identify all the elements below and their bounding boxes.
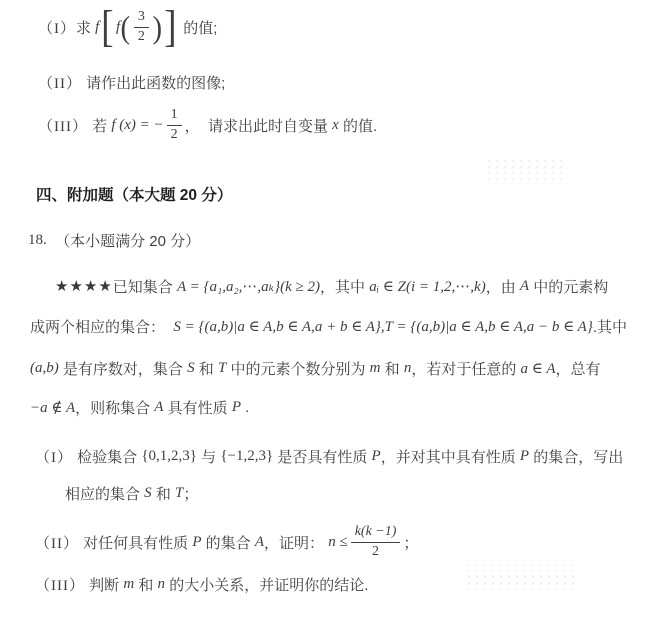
fraction-three-halves: 32 bbox=[134, 9, 149, 44]
q18-item2-var-A: A bbox=[255, 534, 264, 551]
para-l4-neg-a-notin-A: −a ∉ A bbox=[30, 398, 75, 417]
fraction-denominator: 2 bbox=[138, 28, 145, 45]
para-l3-pair-ab: (a,b) bbox=[30, 360, 59, 377]
para-l4-t1: ，则称集合 bbox=[75, 397, 154, 418]
para-l4-t2: 具有性质 bbox=[163, 397, 231, 418]
q18-number-line: 18. （本小题满分 20 分） bbox=[28, 228, 200, 252]
para-l1-t1: 已知集合 bbox=[113, 276, 177, 297]
q18-item3-var-m: m bbox=[123, 576, 134, 593]
para-l4-t3: . bbox=[241, 399, 249, 416]
q18-item2-label: （II） bbox=[35, 532, 79, 553]
q17-item3-pre: 若 bbox=[88, 115, 111, 136]
q18-item2-var-P: P bbox=[192, 534, 201, 551]
q18-item1-t4: ，并对其中具有性质 bbox=[381, 446, 520, 467]
q18-item1-line1: （I） 检验集合 {0,1,2,3} 与 {−1,2,3} 是否具有性质 P，并… bbox=[35, 441, 623, 471]
q18-item1-t2: 与 bbox=[197, 446, 220, 467]
left-paren: ( bbox=[121, 11, 131, 43]
q18-item1-t3: 是否具有性质 bbox=[273, 446, 371, 467]
q17-item2-text: 请作出此函数的图像; bbox=[82, 72, 225, 93]
q18-item1-set2: {−1,2,3} bbox=[220, 448, 273, 465]
four-stars-icon: ★★★★ bbox=[55, 277, 113, 295]
exam-document-page: （I）求 f[f(32)] 的值; （II） 请作出此函数的图像; （III） … bbox=[0, 0, 647, 640]
q18-item2-t1: 对任何具有性质 bbox=[79, 532, 192, 553]
right-square-bracket: ] bbox=[165, 5, 177, 49]
q18-item1-t5: 的集合，写出 bbox=[529, 446, 623, 467]
q17-item1-line: （I）求 f[f(32)] 的值; bbox=[38, 4, 217, 50]
q17-item3-mid: ， 请求出此时自变量 bbox=[185, 115, 333, 136]
para-l4-var-P: P bbox=[232, 399, 241, 416]
q18-item2-t4: ； bbox=[403, 532, 418, 553]
para-l1-t3: ，由 bbox=[486, 276, 520, 297]
para-l1-var-A: A bbox=[520, 278, 529, 295]
scan-artifact-smudge bbox=[485, 158, 565, 180]
para-l3-var-T: T bbox=[218, 360, 226, 377]
fraction-numerator: 3 bbox=[134, 9, 149, 27]
fraction-k-k-minus-1-over-2: k(k −1)2 bbox=[351, 524, 401, 559]
q18-item3-t1: 判断 bbox=[85, 574, 123, 595]
q18-para-line3: (a,b) 是有序数对，集合 S 和 T 中的元素个数分别为 m 和 n，若对于… bbox=[30, 352, 601, 384]
q18-item3-t3: 的大小关系，并证明你的结论. bbox=[165, 574, 368, 595]
para-l1-set-A-def: A = {a₁,a₂,⋯,aₖ}(k ≥ 2) bbox=[177, 277, 320, 296]
q18-item1-set1: {0,1,2,3} bbox=[141, 448, 197, 465]
para-l2-sets-S-T-def: S = {(a,b)|a ∈ A,b ∈ A,a + b ∈ A},T = {(… bbox=[173, 317, 593, 336]
q18-item2-n-leq: n ≤ bbox=[328, 534, 347, 551]
q17-item1-f-outer: f bbox=[95, 19, 99, 36]
q18-para-line1: ★★★★已知集合 A = {a₁,a₂,⋯,aₖ}(k ≥ 2)，其中 aᵢ ∈… bbox=[55, 271, 608, 301]
para-l2-t1: 成两个相应的集合： bbox=[30, 316, 173, 337]
q17-item1-pre: 求 bbox=[76, 17, 95, 38]
para-l3-t3: 中的元素个数分别为 bbox=[226, 358, 369, 379]
para-l4-var-A: A bbox=[154, 399, 163, 416]
para-l3-a-in-A: a ∈ A bbox=[520, 359, 555, 378]
q17-item3-equation: f (x) = − bbox=[111, 117, 163, 134]
q18-item1-label: （I） bbox=[35, 446, 73, 467]
para-l1-t4: 中的元素构 bbox=[529, 276, 608, 297]
q17-item3-line: （III） 若 f (x) = −12， 请求出此时自变量 x 的值. bbox=[38, 103, 377, 147]
q18-item1-line2-t2: 和 bbox=[152, 483, 175, 504]
para-l3-var-n: n bbox=[404, 360, 412, 377]
q17-item1-f-inner: f bbox=[116, 19, 120, 36]
q17-item1-label: （I） bbox=[38, 17, 76, 38]
para-l3-t4: 和 bbox=[380, 358, 403, 379]
q17-item1-post: 的值; bbox=[179, 17, 217, 38]
para-l2-t2: .其中 bbox=[593, 316, 627, 337]
scan-artifact-smudge bbox=[465, 562, 575, 592]
left-square-bracket: [ bbox=[101, 5, 113, 49]
fraction-denominator: 2 bbox=[372, 543, 379, 560]
q17-item3-label: （III） bbox=[38, 115, 88, 136]
q18-item1-line2-t1: 相应的集合 bbox=[65, 483, 144, 504]
q18-item1-line2-var-T: T bbox=[175, 485, 183, 502]
para-l3-t2: 和 bbox=[195, 358, 218, 379]
q18-number: 18. bbox=[28, 232, 47, 249]
q17-item3-var-x: x bbox=[332, 117, 339, 134]
fraction-numerator: k(k −1) bbox=[351, 524, 401, 542]
section-heading: 四、附加题（本大题 20 分） bbox=[36, 183, 232, 205]
q18-item2-line: （II） 对任何具有性质 P 的集合 A，证明： n ≤k(k −1)2； bbox=[35, 518, 418, 566]
q18-item1-line2-var-S: S bbox=[144, 485, 152, 502]
fraction-numerator: 1 bbox=[167, 107, 182, 125]
section-heading-text: 四、附加题（本大题 20 分） bbox=[36, 183, 232, 205]
q18-para-line4: −a ∉ A，则称集合 A 具有性质 P . bbox=[30, 394, 249, 420]
q18-item2-t3: ，证明： bbox=[264, 532, 328, 553]
para-l1-t2: ，其中 bbox=[320, 276, 369, 297]
para-l3-t1: 是有序数对，集合 bbox=[59, 358, 187, 379]
para-l3-t6: ，总有 bbox=[555, 358, 600, 379]
q18-item1-t1: 检验集合 bbox=[73, 446, 141, 467]
right-paren: ) bbox=[152, 11, 162, 43]
q18-item1-line2-t3: ； bbox=[183, 483, 198, 504]
fraction-one-half: 12 bbox=[167, 107, 182, 142]
para-l3-t5: ，若对于任意的 bbox=[411, 358, 520, 379]
para-l3-var-m: m bbox=[370, 360, 381, 377]
q17-item2-label: （II） bbox=[38, 72, 82, 93]
q18-item3-t2: 和 bbox=[134, 574, 157, 595]
q18-item1-line2: 相应的集合 S 和 T； bbox=[65, 481, 198, 505]
q18-intro: （本小题满分 20 分） bbox=[47, 230, 200, 251]
q17-item3-post: 的值. bbox=[339, 115, 377, 136]
q17-item2-line: （II） 请作出此函数的图像; bbox=[38, 70, 225, 94]
q18-item1-var-P1: P bbox=[372, 448, 381, 465]
q18-item3-label: （III） bbox=[35, 574, 85, 595]
q18-item3-line: （III） 判断 m 和 n 的大小关系，并证明你的结论. bbox=[35, 571, 368, 597]
q18-item1-var-P2: P bbox=[520, 448, 529, 465]
para-l3-var-S: S bbox=[187, 360, 195, 377]
q18-item2-t2: 的集合 bbox=[202, 532, 255, 553]
q18-item3-var-n: n bbox=[158, 576, 166, 593]
para-l1-ai-in-Z: aᵢ ∈ Z(i = 1,2,⋯,k) bbox=[369, 277, 486, 296]
q18-para-line2: 成两个相应的集合： S = {(a,b)|a ∈ A,b ∈ A,a + b ∈… bbox=[30, 310, 627, 342]
fraction-denominator: 2 bbox=[171, 126, 178, 143]
